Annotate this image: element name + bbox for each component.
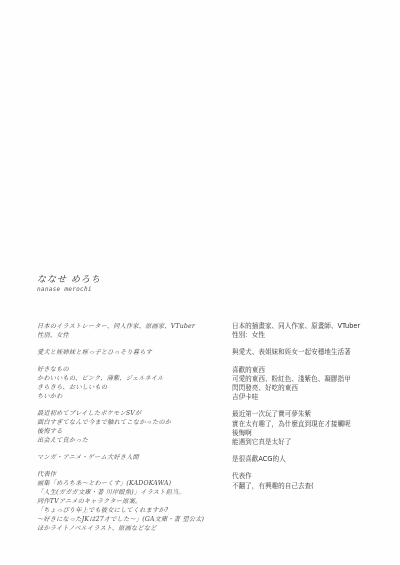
- jp-line: 愛犬と姪姉妹と姪っ子とひっそり暮らす: [37, 348, 227, 357]
- jp-line: 最近初めてプレイしたポケモンSVが: [37, 409, 227, 418]
- jp-line: きらきら、おいしいもの: [37, 383, 227, 392]
- zh-recent: 最近第一次玩了寶可夢朱紫 實在太有趣了，為什麼直到現在才接觸呢 後悔啊 能遇到它…: [232, 410, 397, 447]
- jp-intro: 日本のイラストレーター、同人作家、原画家、VTuber 性別、女性: [37, 322, 227, 340]
- jp-line: ちいかわ: [37, 392, 227, 401]
- zh-line: 吉伊卡哇: [232, 393, 397, 402]
- jp-line: 「ちょっぴり年上でも彼女にしてくれますか?: [37, 506, 227, 515]
- jp-line: かわいいもの、ピンク、薄紫、ジェルネイル: [37, 374, 227, 383]
- author-name-block: ななせ めろち nanase merochi: [37, 275, 101, 294]
- jp-line: マンガ・アニメ・ゲーム大好き人間: [37, 453, 227, 462]
- jp-line: ～好きになったJKは27才でした～」(GA文庫・著 望公太): [37, 515, 227, 524]
- zh-line: 閃閃發亮、好吃的東西: [232, 384, 397, 393]
- zh-line: 後悔啊: [232, 429, 397, 438]
- zh-likes: 喜歡的東西 可愛的東西、粉紅色、淺紫色、凝膠指甲 閃閃發亮、好吃的東西 吉伊卡哇: [232, 366, 397, 403]
- zh-line: 實在太有趣了，為什麼直到現在才接觸呢: [232, 420, 397, 429]
- jp-line: 日本のイラストレーター、同人作家、原画家、VTuber: [37, 322, 227, 331]
- author-name-romaji: nanase merochi: [37, 286, 101, 294]
- zh-acg: 是很喜歡ACG的人: [232, 455, 397, 464]
- author-name-japanese: ななせ めろち: [37, 275, 101, 286]
- jp-likes: 好きなもの かわいいもの、ピンク、薄紫、ジェルネイル きらきら、おいしいもの ち…: [37, 365, 227, 401]
- zh-line: 最近第一次玩了寶可夢朱紫: [232, 410, 397, 419]
- zh-works: 代表作 不翻了，有興趣的自己去查(: [232, 472, 397, 490]
- jp-works: 代表作 画集「めろちあ～とわーくす」(KADOKAWA) 「人生(ガガガ文庫・著…: [37, 470, 227, 533]
- jp-line: 代表作: [37, 470, 227, 479]
- zh-line: 不翻了，有興趣的自己去查(: [232, 482, 397, 491]
- zh-intro: 日本的插畫家、同人作家、原畫師、VTuber 性別：女性: [232, 322, 397, 340]
- zh-line: 喜歡的東西: [232, 366, 397, 375]
- jp-line: 好きなもの: [37, 365, 227, 374]
- jp-line: 出会えて良かった: [37, 436, 227, 445]
- profile-page: ななせ めろち nanase merochi 日本のイラストレーター、同人作家、…: [0, 0, 400, 565]
- zh-line: 日本的插畫家、同人作家、原畫師、VTuber: [232, 322, 397, 331]
- japanese-profile-column: 日本のイラストレーター、同人作家、原画家、VTuber 性別、女性 愛犬と姪姉妹…: [37, 322, 227, 541]
- chinese-translation-column: 日本的插畫家、同人作家、原畫師、VTuber 性別：女性 與愛犬、表姐妹和姪女一…: [232, 322, 397, 499]
- jp-line: ほかライトノベルイラスト、原画などなど: [37, 524, 227, 533]
- jp-acg: マンガ・アニメ・ゲーム大好き人間: [37, 453, 227, 462]
- zh-line: 代表作: [232, 472, 397, 481]
- zh-line: 可愛的東西、粉紅色、淺紫色、凝膠指甲: [232, 375, 397, 384]
- jp-recent: 最近初めてプレイしたポケモンSVが 面白すぎてなんで今まで触れてこなかったのか …: [37, 409, 227, 445]
- zh-living: 與愛犬、表姐妹和姪女一起安穩地生活著: [232, 348, 397, 357]
- jp-living: 愛犬と姪姉妹と姪っ子とひっそり暮らす: [37, 348, 227, 357]
- zh-line: 性別：女性: [232, 331, 397, 340]
- jp-line: 後悔する: [37, 427, 227, 436]
- jp-line: 「人生(ガガガ文庫・著 川岸殴魚)」イラスト担当。: [37, 488, 227, 497]
- jp-line: 性別、女性: [37, 331, 227, 340]
- zh-line: 與愛犬、表姐妹和姪女一起安穩地生活著: [232, 348, 397, 357]
- jp-line: 画集「めろちあ～とわーくす」(KADOKAWA): [37, 479, 227, 488]
- jp-line: 同作TVアニメのキャラクター原案。: [37, 497, 227, 506]
- jp-line: 面白すぎてなんで今まで触れてこなかったのか: [37, 418, 227, 427]
- zh-line: 能遇到它真是太好了: [232, 438, 397, 447]
- zh-line: 是很喜歡ACG的人: [232, 455, 397, 464]
